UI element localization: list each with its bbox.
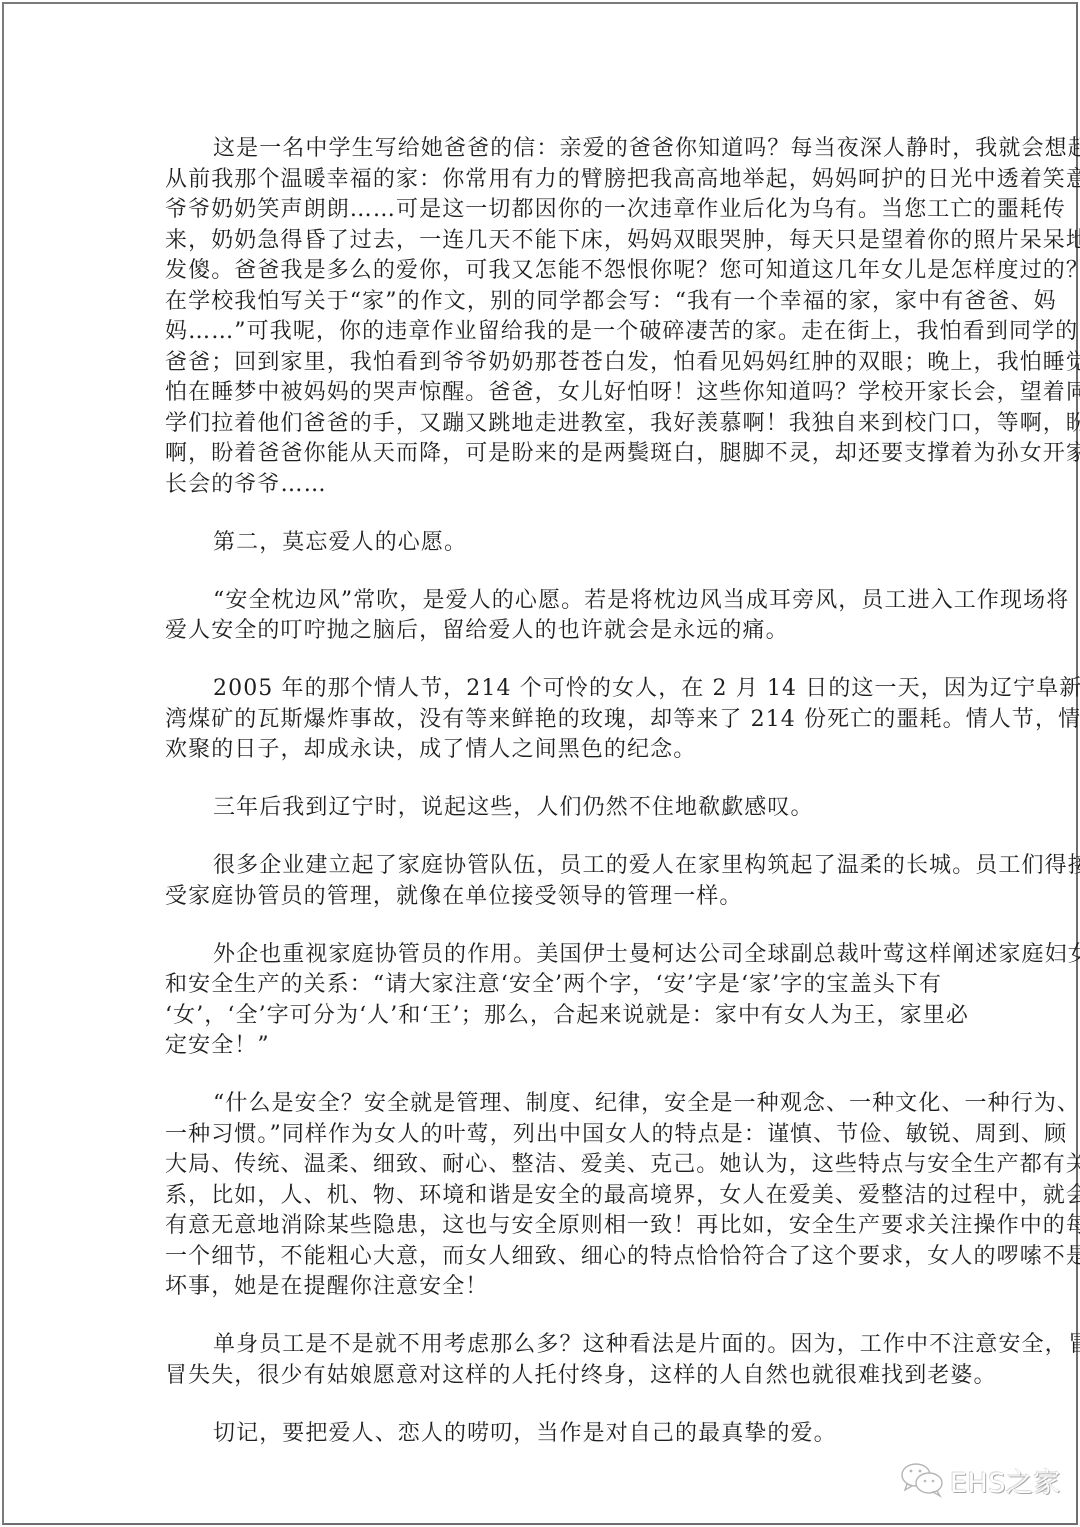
paragraph: 外企也重视家庭协管员的作用。美国伊士曼柯达公司全球副总裁叶莺这样阐述家庭妇女和安… (165, 940, 925, 1062)
text-line: 来，奶奶急得昏了过去，一连几天不能下床，妈妈双眼哭肿，每天只是望着你的照片呆呆地 (165, 226, 925, 257)
text-line: 在学校我怕写关于“家”的作文，别的同学都会写：“我有一个幸福的家，家中有爸爸、妈 (165, 287, 925, 318)
text-line: 怕在睡梦中被妈妈的哭声惊醒。爸爸，女儿好怕呀！这些你知道吗？学校开家长会，望着同 (165, 378, 925, 409)
wechat-icon (899, 1462, 947, 1498)
text-line: 三年后我到辽宁时，说起这些，人们仍然不住地欷歔感叹。 (165, 793, 925, 824)
paragraph: 第二，莫忘爱人的心愿。 (165, 528, 925, 559)
text-line: 系，比如，人、机、物、环境和谐是安全的最高境界，女人在爱美、爱整洁的过程中，就会 (165, 1181, 925, 1212)
text-line: 外企也重视家庭协管员的作用。美国伊士曼柯达公司全球副总裁叶莺这样阐述家庭妇女 (165, 940, 925, 971)
watermark-text: EHS之家 (950, 1461, 1061, 1500)
paragraph: “安全枕边风”常吹，是爱人的心愿。若是将枕边风当成耳旁风，员工进入工作现场将爱人… (165, 586, 925, 647)
text-line: “什么是安全？安全就是管理、制度、纪律，安全是一种观念、一种文化、一种行为、 (165, 1089, 925, 1120)
text-line: 长会的爷爷…… (165, 470, 925, 501)
paragraph: 三年后我到辽宁时，说起这些，人们仍然不住地欷歔感叹。 (165, 793, 925, 824)
text-line: 受家庭协管员的管理，就像在单位接受领导的管理一样。 (165, 882, 925, 913)
text-line: 一种习惯。”同样作为女人的叶莺，列出中国女人的特点是：谨慎、节俭、敏锐、周到、顾 (165, 1120, 925, 1151)
article-body: 这是一名中学生写给她爸爸的信：亲爱的爸爸你知道吗？每当夜深人静时，我就会想起从前… (165, 134, 925, 1477)
paragraph: “什么是安全？安全就是管理、制度、纪律，安全是一种观念、一种文化、一种行为、一种… (165, 1089, 925, 1303)
text-line: 2005 年的那个情人节，214 个可怜的女人，在 2 月 14 日的这一天，因… (165, 674, 925, 705)
text-line: 欢聚的日子，却成永诀，成了情人之间黑色的纪念。 (165, 735, 925, 766)
text-line: 切记，要把爱人、恋人的唠叨，当作是对自己的最真挚的爱。 (165, 1419, 925, 1450)
text-line: 爸爸；回到家里，我怕看到爷爷奶奶那苍苍白发，怕看见妈妈红肿的双眼；晚上，我怕睡觉… (165, 348, 925, 379)
text-line: 定安全！” (165, 1031, 925, 1062)
document-page: 这是一名中学生写给她爸爸的信：亲爱的爸爸你知道吗？每当夜深人静时，我就会想起从前… (2, 2, 1078, 1525)
text-line: 冒失失，很少有姑娘愿意对这样的人托付终身，这样的人自然也就很难找到老婆。 (165, 1361, 925, 1392)
text-line: 从前我那个温暖幸福的家：你常用有力的臂膀把我高高地举起，妈妈呵护的日光中透着笑意… (165, 165, 925, 196)
text-line: 很多企业建立起了家庭协管队伍，员工的爱人在家里构筑起了温柔的长城。员工们得接 (165, 851, 925, 882)
text-line: 一个细节，不能粗心大意，而女人细致、细心的特点恰恰符合了这个要求，女人的啰嗦不是 (165, 1242, 925, 1273)
watermark: EHS之家 (899, 1460, 1061, 1500)
text-line: 和安全生产的关系：“请大家注意‘安全’两个字，‘安’字是‘家’字的宝盖头下有 (165, 970, 925, 1001)
text-line: 坏事，她是在提醒你注意安全！ (165, 1272, 925, 1303)
text-line: 学们拉着他们爸爸的手，又蹦又跳地走进教室，我好羡慕啊！我独自来到校门口，等啊，盼 (165, 409, 925, 440)
paragraph: 单身员工是不是就不用考虑那么多？这种看法是片面的。因为，工作中不注意安全，冒冒失… (165, 1330, 925, 1391)
text-line: 第二，莫忘爱人的心愿。 (165, 528, 925, 559)
paragraph: 这是一名中学生写给她爸爸的信：亲爱的爸爸你知道吗？每当夜深人静时，我就会想起从前… (165, 134, 925, 500)
paragraph: 2005 年的那个情人节，214 个可怜的女人，在 2 月 14 日的这一天，因… (165, 674, 925, 766)
text-line: 妈……”可我呢，你的违章作业留给我的是一个破碎凄苦的家。走在街上，我怕看到同学的 (165, 317, 925, 348)
text-line: 单身员工是不是就不用考虑那么多？这种看法是片面的。因为，工作中不注意安全，冒 (165, 1330, 925, 1361)
text-line: 这是一名中学生写给她爸爸的信：亲爱的爸爸你知道吗？每当夜深人静时，我就会想起 (165, 134, 925, 165)
paragraph: 切记，要把爱人、恋人的唠叨，当作是对自己的最真挚的爱。 (165, 1419, 925, 1450)
text-line: 发傻。爸爸我是多么的爱你，可我又怎能不怨恨你呢？您可知道这几年女儿是怎样度过的？ (165, 256, 925, 287)
paragraph: 很多企业建立起了家庭协管队伍，员工的爱人在家里构筑起了温柔的长城。员工们得接受家… (165, 851, 925, 912)
text-line: 有意无意地消除某些隐患，这也与安全原则相一致！再比如，安全生产要求关注操作中的每 (165, 1211, 925, 1242)
text-line: 爷爷奶奶笑声朗朗……可是这一切都因你的一次违章作业后化为乌有。当您工亡的噩耗传 (165, 195, 925, 226)
text-line: “安全枕边风”常吹，是爱人的心愿。若是将枕边风当成耳旁风，员工进入工作现场将 (165, 586, 925, 617)
text-line: 啊，盼着爸爸你能从天而降，可是盼来的是两鬓斑白，腿脚不灵，却还要支撑着为孙女开家 (165, 439, 925, 470)
text-line: 爱人安全的叮咛抛之脑后，留给爱人的也许就会是永远的痛。 (165, 616, 925, 647)
text-line: 湾煤矿的瓦斯爆炸事故，没有等来鲜艳的玫瑰，却等来了 214 份死亡的噩耗。情人节… (165, 705, 925, 736)
text-line: 大局、传统、温柔、细致、耐心、整洁、爱美、克己。她认为，这些特点与安全生产都有关 (165, 1150, 925, 1181)
text-line: ‘女’，‘全’字可分为‘人’和‘王’；那么，合起来说就是：家中有女人为王，家里必 (165, 1001, 925, 1032)
